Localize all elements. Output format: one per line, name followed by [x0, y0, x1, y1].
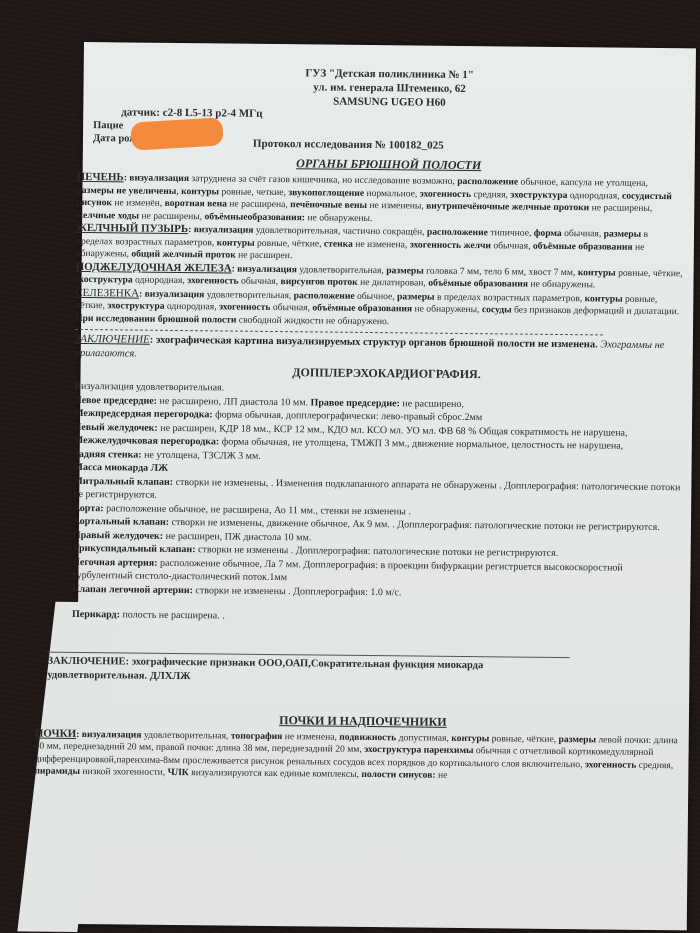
paragraph-gallbladder: ЖЕЛЧНЫЙ ПУЗЫРЬ: визуализация удовлетвори…	[76, 222, 684, 267]
report-header: ГУЗ "Детская поликлиника № 1" ул. им. ге…	[83, 64, 695, 112]
label-pancreas: ПОДЖЕЛУДОЧНАЯ ЖЕЛЕЗА	[76, 260, 232, 274]
label-spleen: СЕЛЕЗЕНКА	[75, 286, 139, 299]
patient-meta: датчик: с2-8 L5-13 р2-4 МГц ПациеМ.В Дат…	[83, 106, 695, 158]
label-gallbladder: ЖЕЛЧНЫЙ ПУЗЫРЬ	[76, 222, 188, 235]
label-kidneys: ПОЧКИ	[35, 727, 77, 739]
label-liver: ПЕЧЕНЬ	[77, 171, 124, 183]
protocol-number: Протокол исследования № 100182_025	[253, 138, 444, 152]
abdomen-conclusion: ЗАКЛЮЧЕНИЕ: эхографическая картина визуа…	[75, 332, 683, 367]
medical-report-page: ГУЗ "Детская поликлиника № 1" ул. им. ге…	[75, 42, 696, 930]
echo-section: Визуализация удовлетворительная.Левое пр…	[78, 380, 692, 628]
label-conclusion: ЗАКЛЮЧЕНИЕ	[75, 333, 150, 346]
sensor-info: датчик: с2-8 L5-13 р2-4 МГц	[121, 106, 262, 119]
paragraph-kidneys: ПОЧКИ: визуализация удовлетворительная, …	[34, 727, 688, 785]
echo-conclusion: ЗАКЛЮЧЕНИЕ: эхографические признаки ООО,…	[47, 654, 569, 687]
paragraph-liver: ПЕЧЕНЬ: визуализация затруднена за счёт …	[76, 171, 685, 228]
redaction-mark	[130, 117, 223, 150]
